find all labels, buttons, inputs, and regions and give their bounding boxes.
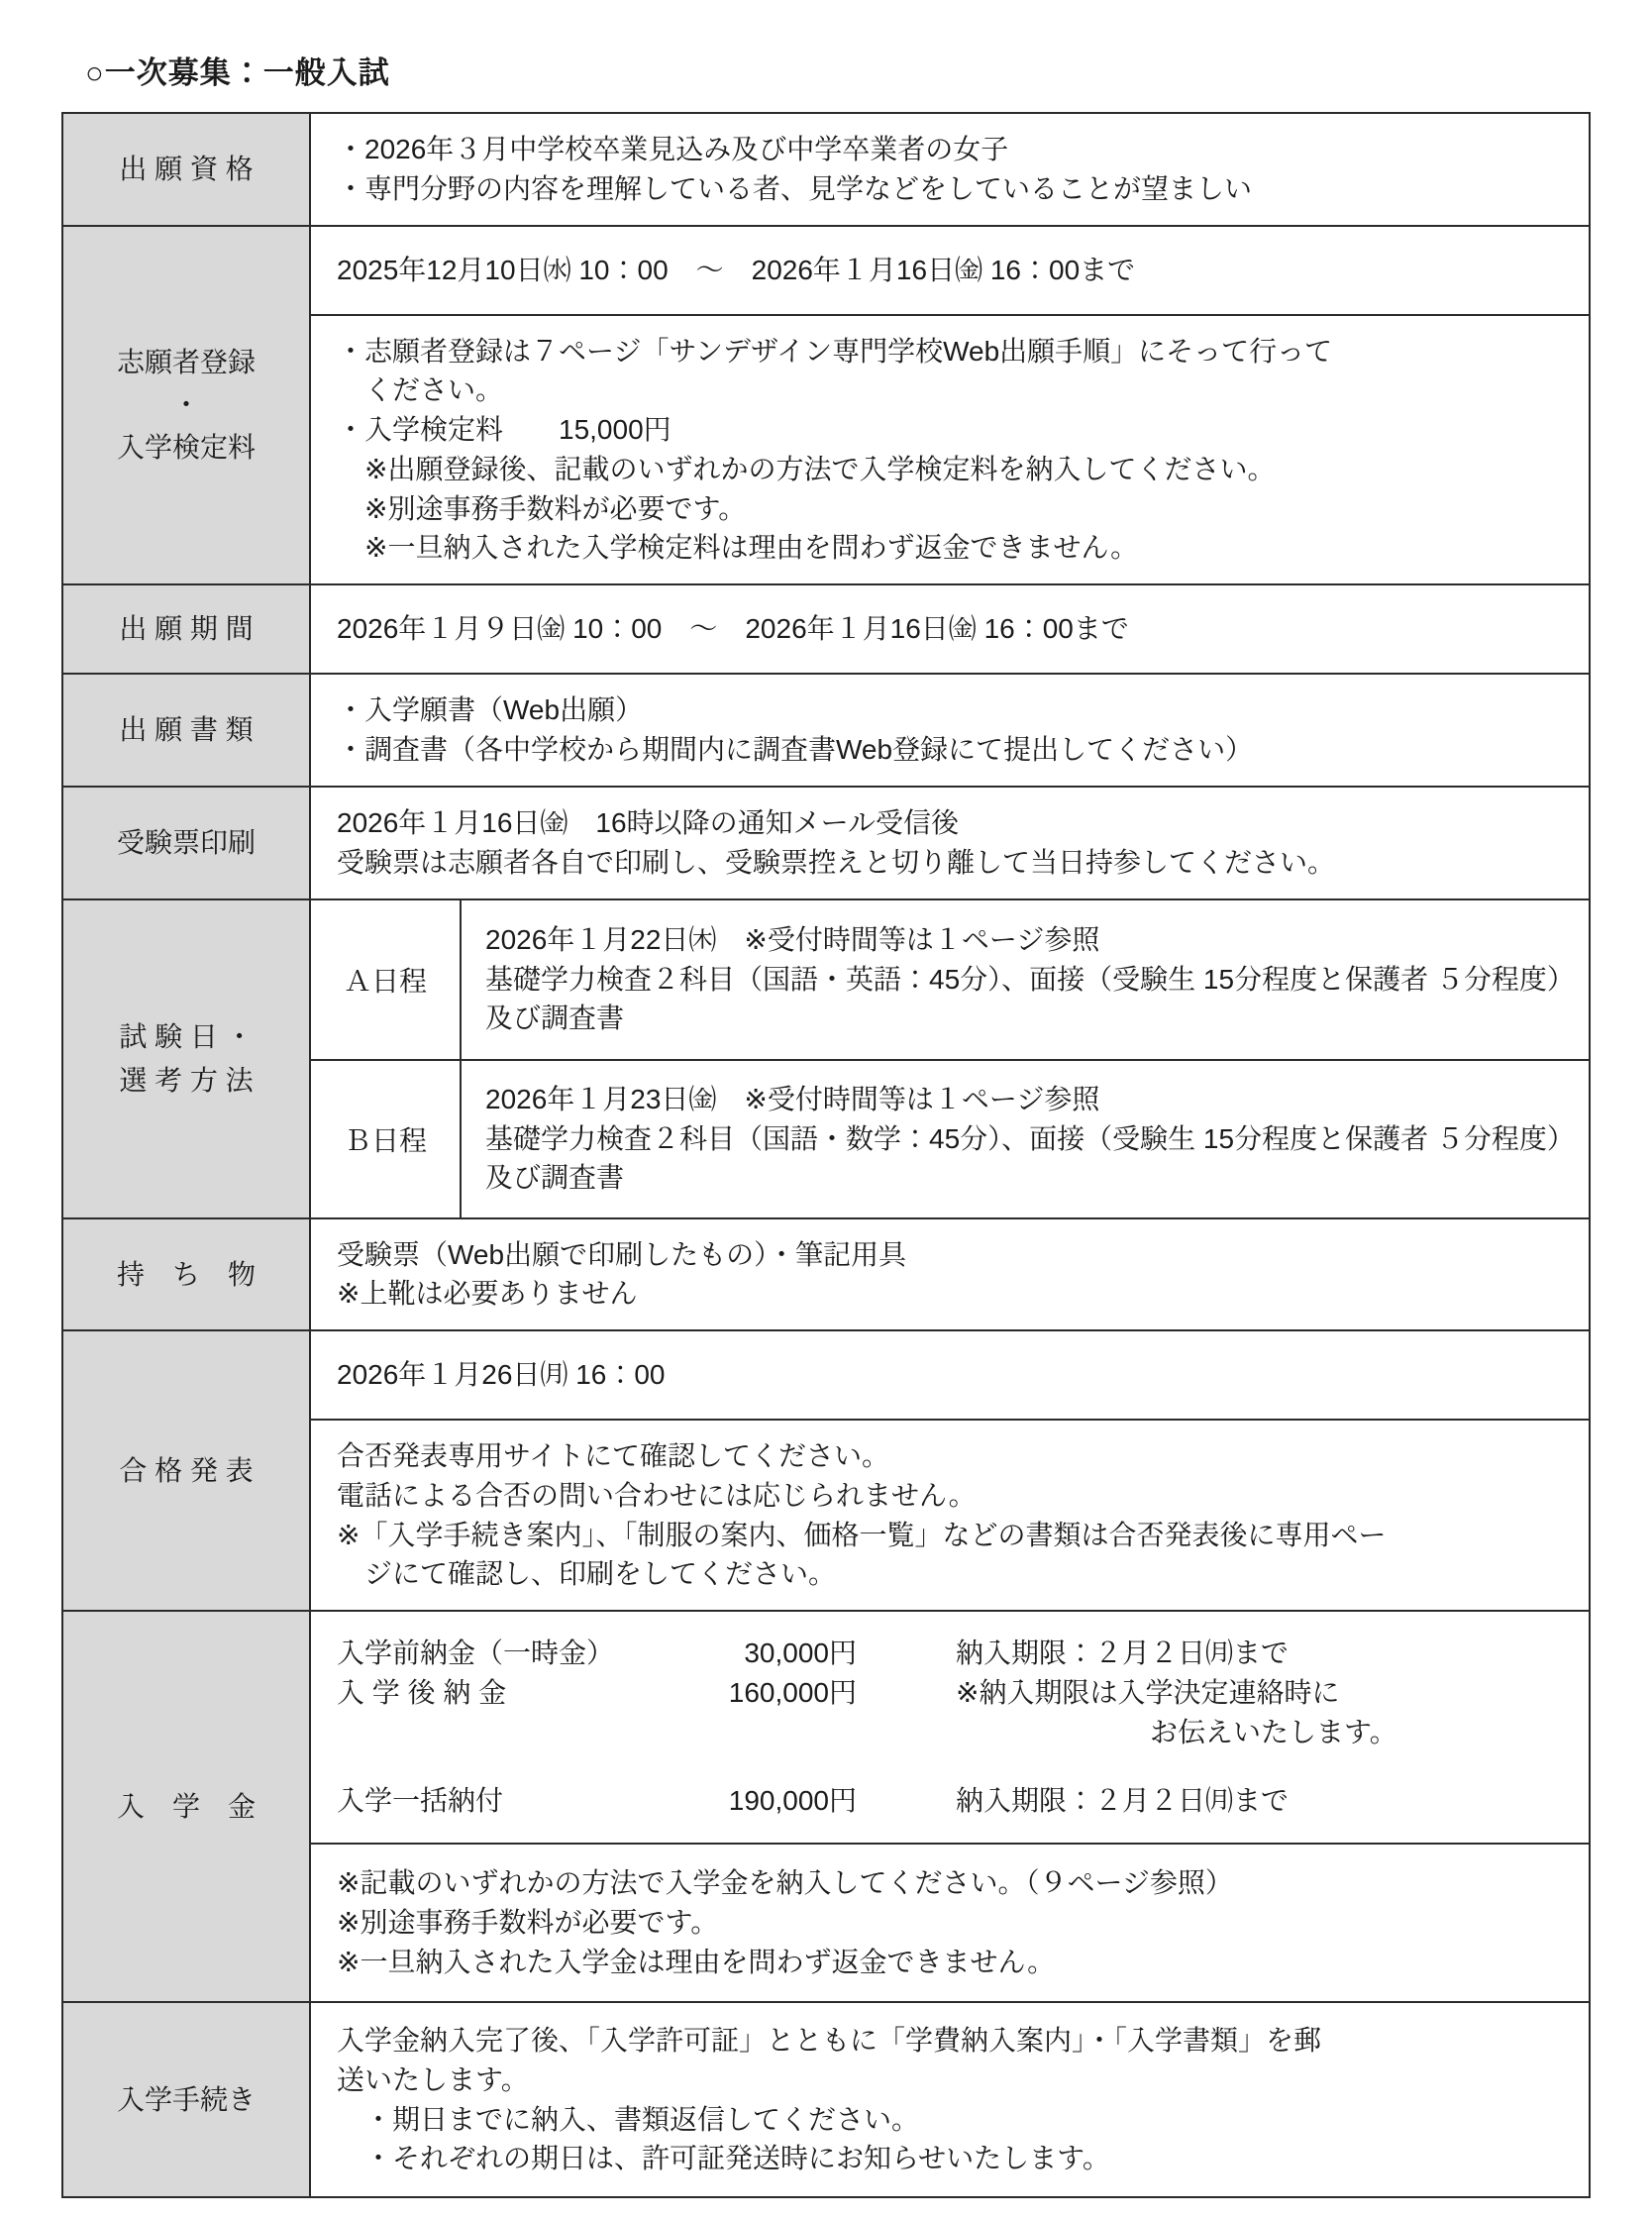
- exam-schedules-col: Ａ日程 2026年１月22日㈭ ※受付時間等は１ページ参照 基礎学力検査２科目（…: [311, 900, 1589, 1217]
- row-label-admission-fee: 入 学 金: [63, 1612, 311, 2001]
- fee-amount: 190,000円: [669, 1781, 857, 1821]
- fee-name: 入学前納金（一時金）: [337, 1634, 669, 1673]
- row-announcement: 合 格 発 表 2026年１月26日㈪ 16：00 合否発表専用サイトにて確認し…: [63, 1329, 1589, 1610]
- fee-row-lump-sum: 入学一括納付 190,000円 納入期限：２月２日㈪まで: [337, 1781, 1563, 1821]
- row-application-period: 出 願 期 間 2026年１月９日㈮ 10：00 ～ 2026年１月16日㈮ 1…: [63, 583, 1589, 673]
- admission-table: 出 願 資 格 ・2026年３月中学校卒業見込み及び中学卒業者の女子 ・専門分野…: [61, 112, 1591, 2198]
- fee-amount: 30,000円: [669, 1634, 857, 1673]
- announcement-content-col: 2026年１月26日㈪ 16：00 合否発表専用サイトにて確認してください。 電…: [311, 1331, 1589, 1610]
- schedule-a-row: Ａ日程 2026年１月22日㈭ ※受付時間等は１ページ参照 基礎学力検査２科目（…: [311, 900, 1589, 1059]
- row-label-application-period: 出 願 期 間: [63, 585, 311, 673]
- schedule-a-label: Ａ日程: [311, 900, 462, 1059]
- row-registration: 志願者登録 ・ 入学検定料 2025年12月10日㈬ 10：00 ～ 2026年…: [63, 225, 1589, 584]
- announcement-datetime: 2026年１月26日㈪ 16：00: [311, 1331, 1589, 1419]
- admission-fee-schedule: 入学前納金（一時金） 30,000円 納入期限：２月２日㈪まで 入 学 後 納 …: [311, 1612, 1589, 1843]
- schedule-b-row: Ｂ日程 2026年１月23日㈮ ※受付時間等は１ページ参照 基礎学力検査２科目（…: [311, 1059, 1589, 1217]
- procedure-content: 入学金納入完了後、「入学許可証」とともに「学費納入案内」・「入学書類」を郵 送い…: [311, 2003, 1589, 2196]
- row-documents: 出 願 書 類 ・入学願書（Web出願） ・調査書（各中学校から期間内に調査書W…: [63, 673, 1589, 786]
- fee-amount: 160,000円: [669, 1673, 857, 1713]
- row-exam: 試 験 日 ・ 選 考 方 法 Ａ日程 2026年１月22日㈭ ※受付時間等は１…: [63, 898, 1589, 1217]
- row-ticket-printing: 受験票印刷 2026年１月16日㈮ 16時以降の通知メール受信後 受験票は志願者…: [63, 786, 1589, 898]
- qualification-content: ・2026年３月中学校卒業見込み及び中学卒業者の女子 ・専門分野の内容を理解して…: [311, 114, 1589, 225]
- row-label-qualification: 出 願 資 格: [63, 114, 311, 225]
- fee-note: ※納入期限は入学決定連絡時に お伝えいたします。: [956, 1673, 1563, 1752]
- schedule-b-content: 2026年１月23日㈮ ※受付時間等は１ページ参照 基礎学力検査２科目（国語・数…: [462, 1061, 1589, 1217]
- row-qualification: 出 願 資 格 ・2026年３月中学校卒業見込み及び中学卒業者の女子 ・専門分野…: [63, 114, 1589, 225]
- document-page: ○一次募集：一般入試 出 願 資 格 ・2026年３月中学校卒業見込み及び中学卒…: [0, 0, 1652, 2219]
- row-label-announcement: 合 格 発 表: [63, 1331, 311, 1610]
- admission-fee-notes: ※記載のいずれかの方法で入学金を納入してください。（９ページ参照） ※別途事務手…: [311, 1843, 1589, 2001]
- registration-details: ・志願者登録は７ページ「サンデザイン専門学校Web出願手順」にそって行って くだ…: [311, 314, 1589, 584]
- fee-row-post-payment: 入 学 後 納 金 160,000円 ※納入期限は入学決定連絡時に お伝えいたし…: [337, 1673, 1563, 1752]
- fee-name: 入学一括納付: [337, 1781, 669, 1821]
- row-belongings: 持 ち 物 受験票（Web出願で印刷したもの）・筆記用具 ※上靴は必要ありません: [63, 1217, 1589, 1330]
- row-label-procedure: 入学手続き: [63, 2003, 311, 2196]
- application-period-content: 2026年１月９日㈮ 10：00 ～ 2026年１月16日㈮ 16：00まで: [311, 585, 1589, 673]
- page-title: ○一次募集：一般入試: [85, 48, 1591, 92]
- row-procedure: 入学手続き 入学金納入完了後、「入学許可証」とともに「学費納入案内」・「入学書類…: [63, 2001, 1589, 2196]
- row-label-documents: 出 願 書 類: [63, 675, 311, 786]
- documents-content: ・入学願書（Web出願） ・調査書（各中学校から期間内に調査書Web登録にて提出…: [311, 675, 1589, 786]
- fee-note: 納入期限：２月２日㈪まで: [956, 1634, 1563, 1673]
- schedule-b-label: Ｂ日程: [311, 1061, 462, 1217]
- row-label-ticket-printing: 受験票印刷: [63, 788, 311, 898]
- row-label-registration: 志願者登録 ・ 入学検定料: [63, 227, 311, 584]
- ticket-printing-content: 2026年１月16日㈮ 16時以降の通知メール受信後 受験票は志願者各自で印刷し…: [311, 788, 1589, 898]
- fee-note: 納入期限：２月２日㈪まで: [956, 1781, 1563, 1821]
- registration-content-col: 2025年12月10日㈬ 10：00 ～ 2026年１月16日㈮ 16：00まで…: [311, 227, 1589, 584]
- admission-fee-col: 入学前納金（一時金） 30,000円 納入期限：２月２日㈪まで 入 学 後 納 …: [311, 1612, 1589, 2001]
- fee-name: 入 学 後 納 金: [337, 1673, 669, 1713]
- row-label-exam: 試 験 日 ・ 選 考 方 法: [63, 900, 311, 1217]
- announcement-notes: 合否発表専用サイトにて確認してください。 電話による合否の問い合わせには応じられ…: [311, 1419, 1589, 1610]
- belongings-content: 受験票（Web出願で印刷したもの）・筆記用具 ※上靴は必要ありません: [311, 1219, 1589, 1330]
- row-label-belongings: 持 ち 物: [63, 1219, 311, 1330]
- row-admission-fee: 入 学 金 入学前納金（一時金） 30,000円 納入期限：２月２日㈪まで 入 …: [63, 1610, 1589, 2001]
- registration-period: 2025年12月10日㈬ 10：00 ～ 2026年１月16日㈮ 16：00まで: [311, 227, 1589, 314]
- fee-row-pre-payment: 入学前納金（一時金） 30,000円 納入期限：２月２日㈪まで: [337, 1634, 1563, 1673]
- schedule-a-content: 2026年１月22日㈭ ※受付時間等は１ページ参照 基礎学力検査２科目（国語・英…: [462, 900, 1589, 1059]
